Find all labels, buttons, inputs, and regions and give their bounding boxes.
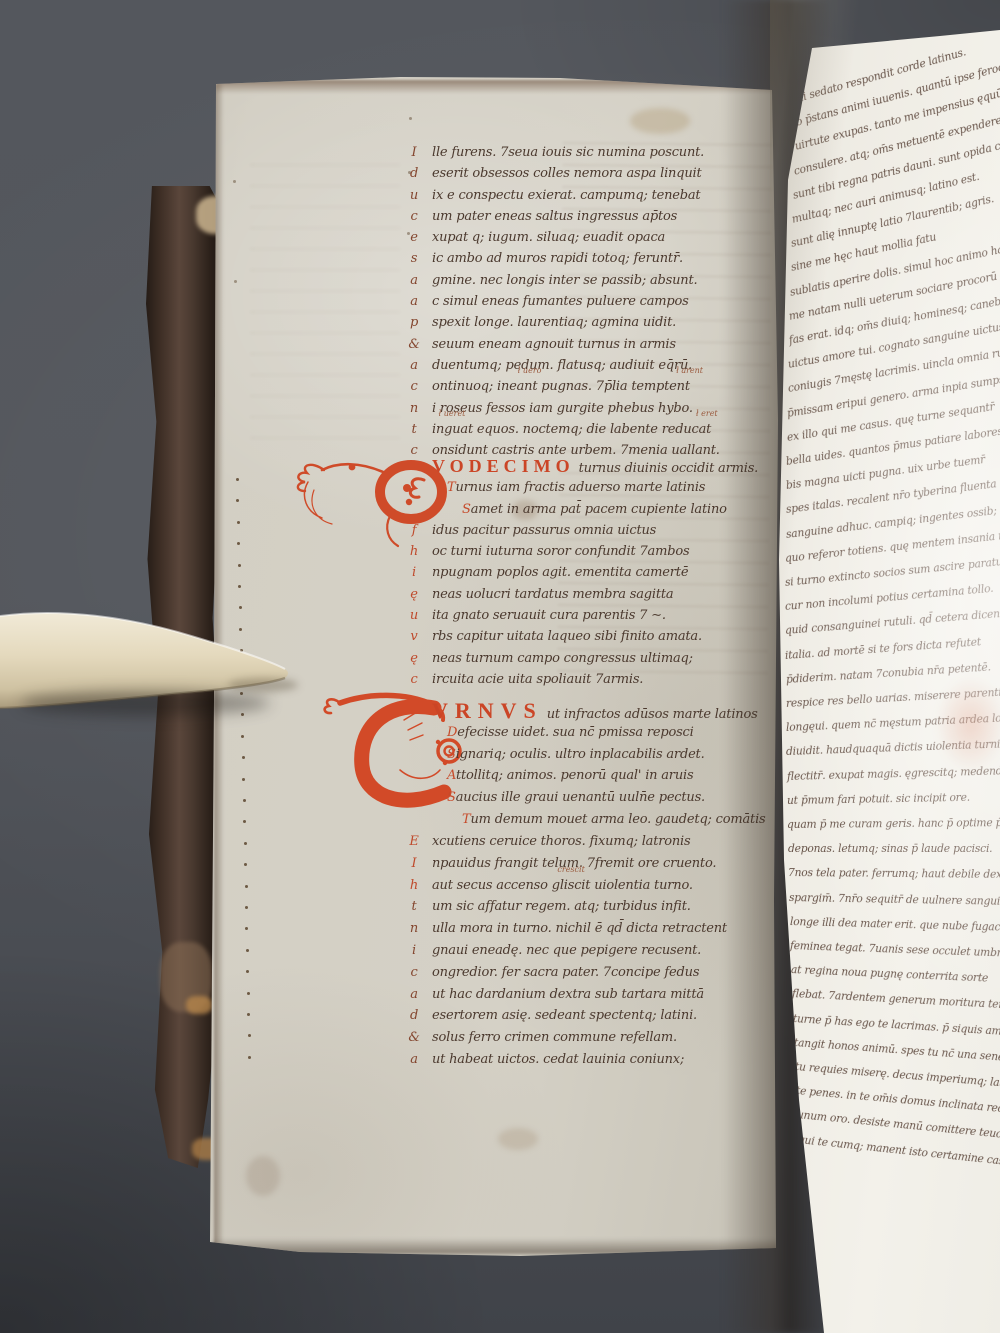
interlinear-gloss: ł arent <box>676 367 703 375</box>
verse-text: i roseus fessos iam gurgite phebus hybo. <box>432 401 693 416</box>
verse-initial: A <box>447 768 456 783</box>
pricking-hole <box>233 180 236 183</box>
verse-line: Saucius ille graui uenantū uuln̄e pectu… <box>432 787 762 809</box>
verse-initial: I <box>402 853 426 874</box>
verse-text: ongredior. fer sacra pater. 7concipe fed… <box>432 965 699 980</box>
verse-initial: p <box>402 312 426 333</box>
pricking-hole <box>245 927 248 930</box>
verse-line: vrbs capitur uitata laqueo sibi finito a… <box>432 626 762 647</box>
verse-line: agmine. nec longis inter se passib; absu… <box>432 270 762 291</box>
verse-line: uix e conspectu exierat. campumq; teneba… <box>432 185 762 206</box>
verse-line-recto: feminea tegat. 7uanis sese occulet umbri… <box>790 939 1000 960</box>
verse-initial: s <box>402 248 426 269</box>
verse-text: ignariq; oculis. ultro inplacabilis arde… <box>456 747 705 762</box>
verse-text: npugnam poplos agit. ementita camertē <box>432 565 688 580</box>
verse-block-book11-end: Ille furens. 7seua iouis sic numina posc… <box>432 142 762 461</box>
verse-text: esertorem asię. sedeant spectentq; latin… <box>432 1008 697 1023</box>
verse-initial: E <box>402 831 426 852</box>
verse-initial: & <box>402 334 426 355</box>
verse-line-recto: ut p̄mum fari potuit. sic incipit ore. <box>787 791 970 807</box>
verse-initial: n <box>402 398 426 419</box>
verse-block-book12-incipit: VRNVS ut infractos adūsos marte latinos… <box>432 700 762 831</box>
verse-text: aucius ille graui uenantū uuln̄e pectus… <box>456 790 705 805</box>
verse-initial: S <box>462 502 471 517</box>
interlinear-gloss: ł ueret <box>439 410 466 418</box>
verse-line-recto: spargim̄. 7nr̄o sequitr̄ de uulnere sang… <box>789 891 1000 908</box>
rubric-capitals: VRNVS <box>432 698 543 723</box>
verse-line: &solus ferro crimen commune refellam. <box>432 1027 762 1049</box>
pricking-hole <box>246 949 249 952</box>
pricking-hole <box>248 1056 251 1059</box>
verse-initial: a <box>402 355 426 376</box>
pricking-hole <box>243 820 246 823</box>
pricking-hole <box>238 564 241 567</box>
verse-text: lle furens. 7seua iouis sic numina poscu… <box>432 145 704 160</box>
verse-initial: i <box>402 940 426 961</box>
verse-initial: n <box>402 918 426 939</box>
bone-folder-tip-shadow <box>228 678 298 692</box>
verse-line: Signariq; oculis. ultro inplacabilis ard… <box>432 744 762 766</box>
verse-line: aut hac dardanium dextra sub tartara mit… <box>432 984 762 1006</box>
verse-line: ac simul eneas fumantes puluere campos <box>432 291 762 312</box>
pricking-hole <box>237 521 240 524</box>
verse-initial: & <box>402 1027 426 1048</box>
verse-text: eserit obsessos colles nemora aspa linqu… <box>432 166 702 181</box>
pricking-hole <box>242 756 245 759</box>
verse-line: circuita acie uita spoliauit 7armis. <box>432 669 762 690</box>
verse-initial: D <box>447 725 457 740</box>
verse-text: neas uolucri tardatus membra sagitta <box>432 587 673 602</box>
verse-line: congredior. fer sacra pater. 7concipe fe… <box>432 962 762 984</box>
pricking-hole <box>237 542 240 545</box>
verse-text: ulla mora in turno. nichil ē qd̄ dicta r… <box>432 921 727 936</box>
bone-folder-shadow <box>20 690 270 716</box>
verse-line: deserit obsessos colles nemora aspa linq… <box>432 163 762 184</box>
verse-text: urnus iam fractis aduerso marte latinis <box>455 480 705 495</box>
verse-line: fidus pacitur passurus omnia uictus <box>432 520 762 541</box>
verse-line: aut habeat uictos. cedat lauinia coniunx… <box>432 1049 762 1071</box>
verse-initial: u <box>402 605 426 626</box>
verse-text: ix e conspectu exierat. campumq; tenebat <box>432 188 700 203</box>
verse-line: Excutiens ceruice thoros. fixumq; latron… <box>432 831 762 853</box>
verse-text: xupat q; iugum. siluaq; euadit opaca <box>432 230 665 245</box>
verse-line: exupat q; iugum. siluaq; euadit opaca <box>432 227 762 248</box>
verse-line: ęneas turnum campo congressus ultimaq; <box>432 648 762 669</box>
verse-text: rbs capitur uitata laqueo sibi finito am… <box>432 629 702 644</box>
verse-line: uita gnato seruauit cura parentis 7 ∼. <box>432 605 762 626</box>
pricking-hole <box>247 1013 250 1016</box>
verse-text: gmine. nec longis inter se passib; absun… <box>432 273 697 288</box>
verse-text: aut secus accenso gliscit uiolentia turn… <box>432 878 693 893</box>
verse-line: ęneas uolucri tardatus membra sagitta <box>432 584 762 605</box>
verse-text: oc turni iuturna soror confundit 7ambos <box>432 544 689 559</box>
pricking-hole <box>244 863 247 866</box>
verse-line-recto: at regina noua pugnę conterrita sorte <box>791 963 989 985</box>
verse-line: pspexit longe. laurentiaq; agmina uidit. <box>432 312 762 333</box>
verse-initial: i <box>402 562 426 583</box>
rubric-capitals: VODECIMO <box>432 456 575 476</box>
bone-folder-tool <box>0 604 300 734</box>
verse-text: ic ambo ad muros rapidi totoq; feruntr̄. <box>432 251 683 266</box>
verse-line-recto: quam p̄ me curam geris. hanc p̄ optime p… <box>787 816 1000 831</box>
verse-initial: a <box>402 1049 426 1070</box>
verse-initial: ę <box>402 648 426 669</box>
interlinear-gloss: ł eret <box>696 410 718 418</box>
verse-text: c simul eneas fumantes puluere campos <box>432 294 689 309</box>
verse-text: ita gnato seruauit cura parentis 7 ∼. <box>432 608 666 623</box>
verse-initial: t <box>402 419 426 440</box>
verse-initial: S <box>447 747 456 762</box>
verse-line: Tum demum mouet arma leo. gaudetq; comā… <box>432 809 762 831</box>
verse-text: ut habeat uictos. cedat lauinia coniunx; <box>432 1052 684 1067</box>
verse-line: tum sic affatur regem. atq; turbidus inf… <box>432 896 762 918</box>
verse-text: amet in arma pat̄ pacem cupiente latino <box>471 502 727 517</box>
verse-line-recto: qui te cumq; manent isto certamine casus… <box>797 1133 1000 1169</box>
verse-initial: t <box>402 896 426 917</box>
verse-line: haut secus accenso gliscit uiolentia tur… <box>432 875 762 897</box>
verse-initial: c <box>402 962 426 983</box>
verse-initial: f <box>402 520 426 541</box>
verse-line: hoc turni iuturna soror confundit 7ambos <box>432 541 762 562</box>
verse-line: tinguat equos. noctemq; die labente redu… <box>432 419 762 440</box>
verse-text: um sic affatur regem. atq; turbidus infi… <box>432 899 691 914</box>
verse-line-recto: cur non incolumi potius certamina tollo. <box>785 582 994 613</box>
ink-show-through <box>250 150 400 450</box>
verse-text: ttollitq; animos. penorū qual' in aruis <box>456 768 693 783</box>
verse-line: Samet in arma pat̄ pacem cupiente latino <box>432 499 762 520</box>
verse-line: Attollitq; animos. penorū qual' in arui… <box>432 765 762 787</box>
verse-text: solus ferro crimen commune refellam. <box>432 1030 677 1045</box>
pricking-hole <box>245 885 248 888</box>
pricking-hole <box>236 478 239 481</box>
verse-line: Defecisse uidet. sua nc̄ pmissa reposci <box>432 722 762 744</box>
verse-text: efecisse uidet. sua nc̄ pmissa reposci <box>457 725 693 740</box>
verse-line: Inpauidus frangit telum. 7fremit ore cru… <box>432 853 762 875</box>
verse-line: &seuum eneam agnouit turnus in armis <box>432 334 762 355</box>
verse-line: inpugnam poplos agit. ementita camertē <box>432 562 762 583</box>
pricking-hole <box>236 499 239 502</box>
verse-line: VODECIMO turnus diuinis occidit armis. <box>432 456 762 477</box>
verse-block-argumentum: VODECIMO turnus diuinis occidit armis.Tu… <box>432 456 762 690</box>
verse-text: idus pacitur passurus omnia uictus <box>432 523 656 538</box>
verse-initial: d <box>402 1005 426 1026</box>
verse-initial: u <box>402 185 426 206</box>
verse-text: gnaui eneadę. nec que pepigere recusent. <box>432 943 701 958</box>
verse-line: ignaui eneadę. nec que pepigere recusent… <box>432 940 762 962</box>
verse-line-recto: longe illi dea mater erit. que nube fuga… <box>789 915 1000 934</box>
pricking-hole <box>247 992 250 995</box>
pricking-hole <box>238 585 241 588</box>
verse-line: nulla mora in turno. nichil ē qd̄ dicta … <box>432 918 762 940</box>
verse-line: cum pater eneas saltus ingressus ap̄tos <box>432 206 762 227</box>
verse-line: Turnus iam fractis aduerso marte latinis <box>432 477 762 498</box>
verse-text: duentumq; pedum. flatusq; audiuit eq̄rū… <box>432 358 692 373</box>
pricking-hole <box>243 799 246 802</box>
verse-initial: v <box>402 626 426 647</box>
verse-initial: a <box>402 270 426 291</box>
interlinear-gloss: crescit <box>557 866 584 874</box>
pricking-hole <box>242 778 245 781</box>
verse-text: um pater eneas saltus ingressus ap̄tos <box>432 209 677 224</box>
verse-line-recto: deponas. letumq; sinas p̄ laude pacisci. <box>788 842 992 855</box>
verse-initial: c <box>402 376 426 397</box>
manuscript-photo: Ille furens. 7seua iouis sic numina posc… <box>0 0 1000 1333</box>
parchment-stain <box>246 1156 280 1196</box>
verse-line: Ille furens. 7seua iouis sic numina posc… <box>432 142 762 163</box>
parchment-stain <box>498 1128 538 1150</box>
pricking-hole <box>409 117 412 120</box>
verse-initial: S <box>447 790 456 805</box>
verse-line: continuoq; ineant pugnas. 7p̄lia tempten… <box>432 376 762 397</box>
pricking-hole <box>241 735 244 738</box>
verse-line-recto: 7nos tela pater. ferrumq; haut debile de… <box>788 866 1000 881</box>
red-pigment-smudge <box>936 676 1000 772</box>
verse-line: aduentumq; pedum. flatusq; audiuit eq̄ru… <box>432 355 762 376</box>
verse-text: seuum eneam agnouit turnus in armis <box>432 337 676 352</box>
pricking-hole <box>245 906 248 909</box>
verse-initial: I <box>402 142 426 163</box>
verse-text: ontinuoq; ineant pugnas. 7p̄lia temptent <box>432 379 690 394</box>
verse-line: VRNVS ut infractos adūsos marte latinos <box>432 700 762 722</box>
pricking-hole <box>246 970 249 973</box>
verse-initial: h <box>402 875 426 896</box>
verse-text: neas turnum campo congressus ultimaq; <box>432 651 693 666</box>
verse-line: desertorem asię. sedeant spectentq; lati… <box>432 1005 762 1027</box>
verse-text: ut hac dardanium dextra sub tartara mitt… <box>432 987 704 1002</box>
page-top-stain <box>216 80 772 94</box>
verse-initial: c <box>402 206 426 227</box>
verse-initial: a <box>402 984 426 1005</box>
interlinear-gloss: ł uero <box>518 367 542 375</box>
verse-text: spexit longe. laurentiaq; agmina uidit. <box>432 315 676 330</box>
verse-line-recto: turne p̄ has ego te lacrimas. p̄ siquis … <box>792 1012 1000 1039</box>
pricking-hole <box>248 1034 251 1037</box>
verse-line-recto: flebat. 7ardentem generum moritura teneb… <box>792 987 1000 1013</box>
verse-line-recto: tangit honos animū. spes tu nc̄ una sen… <box>793 1036 1000 1065</box>
page-bottom-edge <box>212 1238 778 1254</box>
verse-initial: ę <box>402 584 426 605</box>
verse-line-recto: quid consanguinei rutuli. qd̄ cetera dic… <box>785 607 1000 637</box>
spine-tear-patch <box>186 996 212 1014</box>
verse-initial: h <box>402 541 426 562</box>
verse-initial: a <box>402 291 426 312</box>
verse-text: inguat equos. noctemq; die labente reduc… <box>432 422 711 437</box>
verse-line-recto: italia. ad mortē si te fors dicta refut… <box>785 635 982 662</box>
verse-initial: e <box>402 227 426 248</box>
verse-text: xcutiens ceruice thoros. fixumq; latroni… <box>432 834 690 849</box>
pricking-hole <box>244 842 247 845</box>
pricking-hole <box>234 280 237 283</box>
verse-line: sic ambo ad muros rapidi totoq; feruntr̄… <box>432 248 762 269</box>
verse-block-turnus-speech: Excutiens ceruice thoros. fixumq; latron… <box>432 831 762 1071</box>
verse-initial: d <box>402 163 426 184</box>
